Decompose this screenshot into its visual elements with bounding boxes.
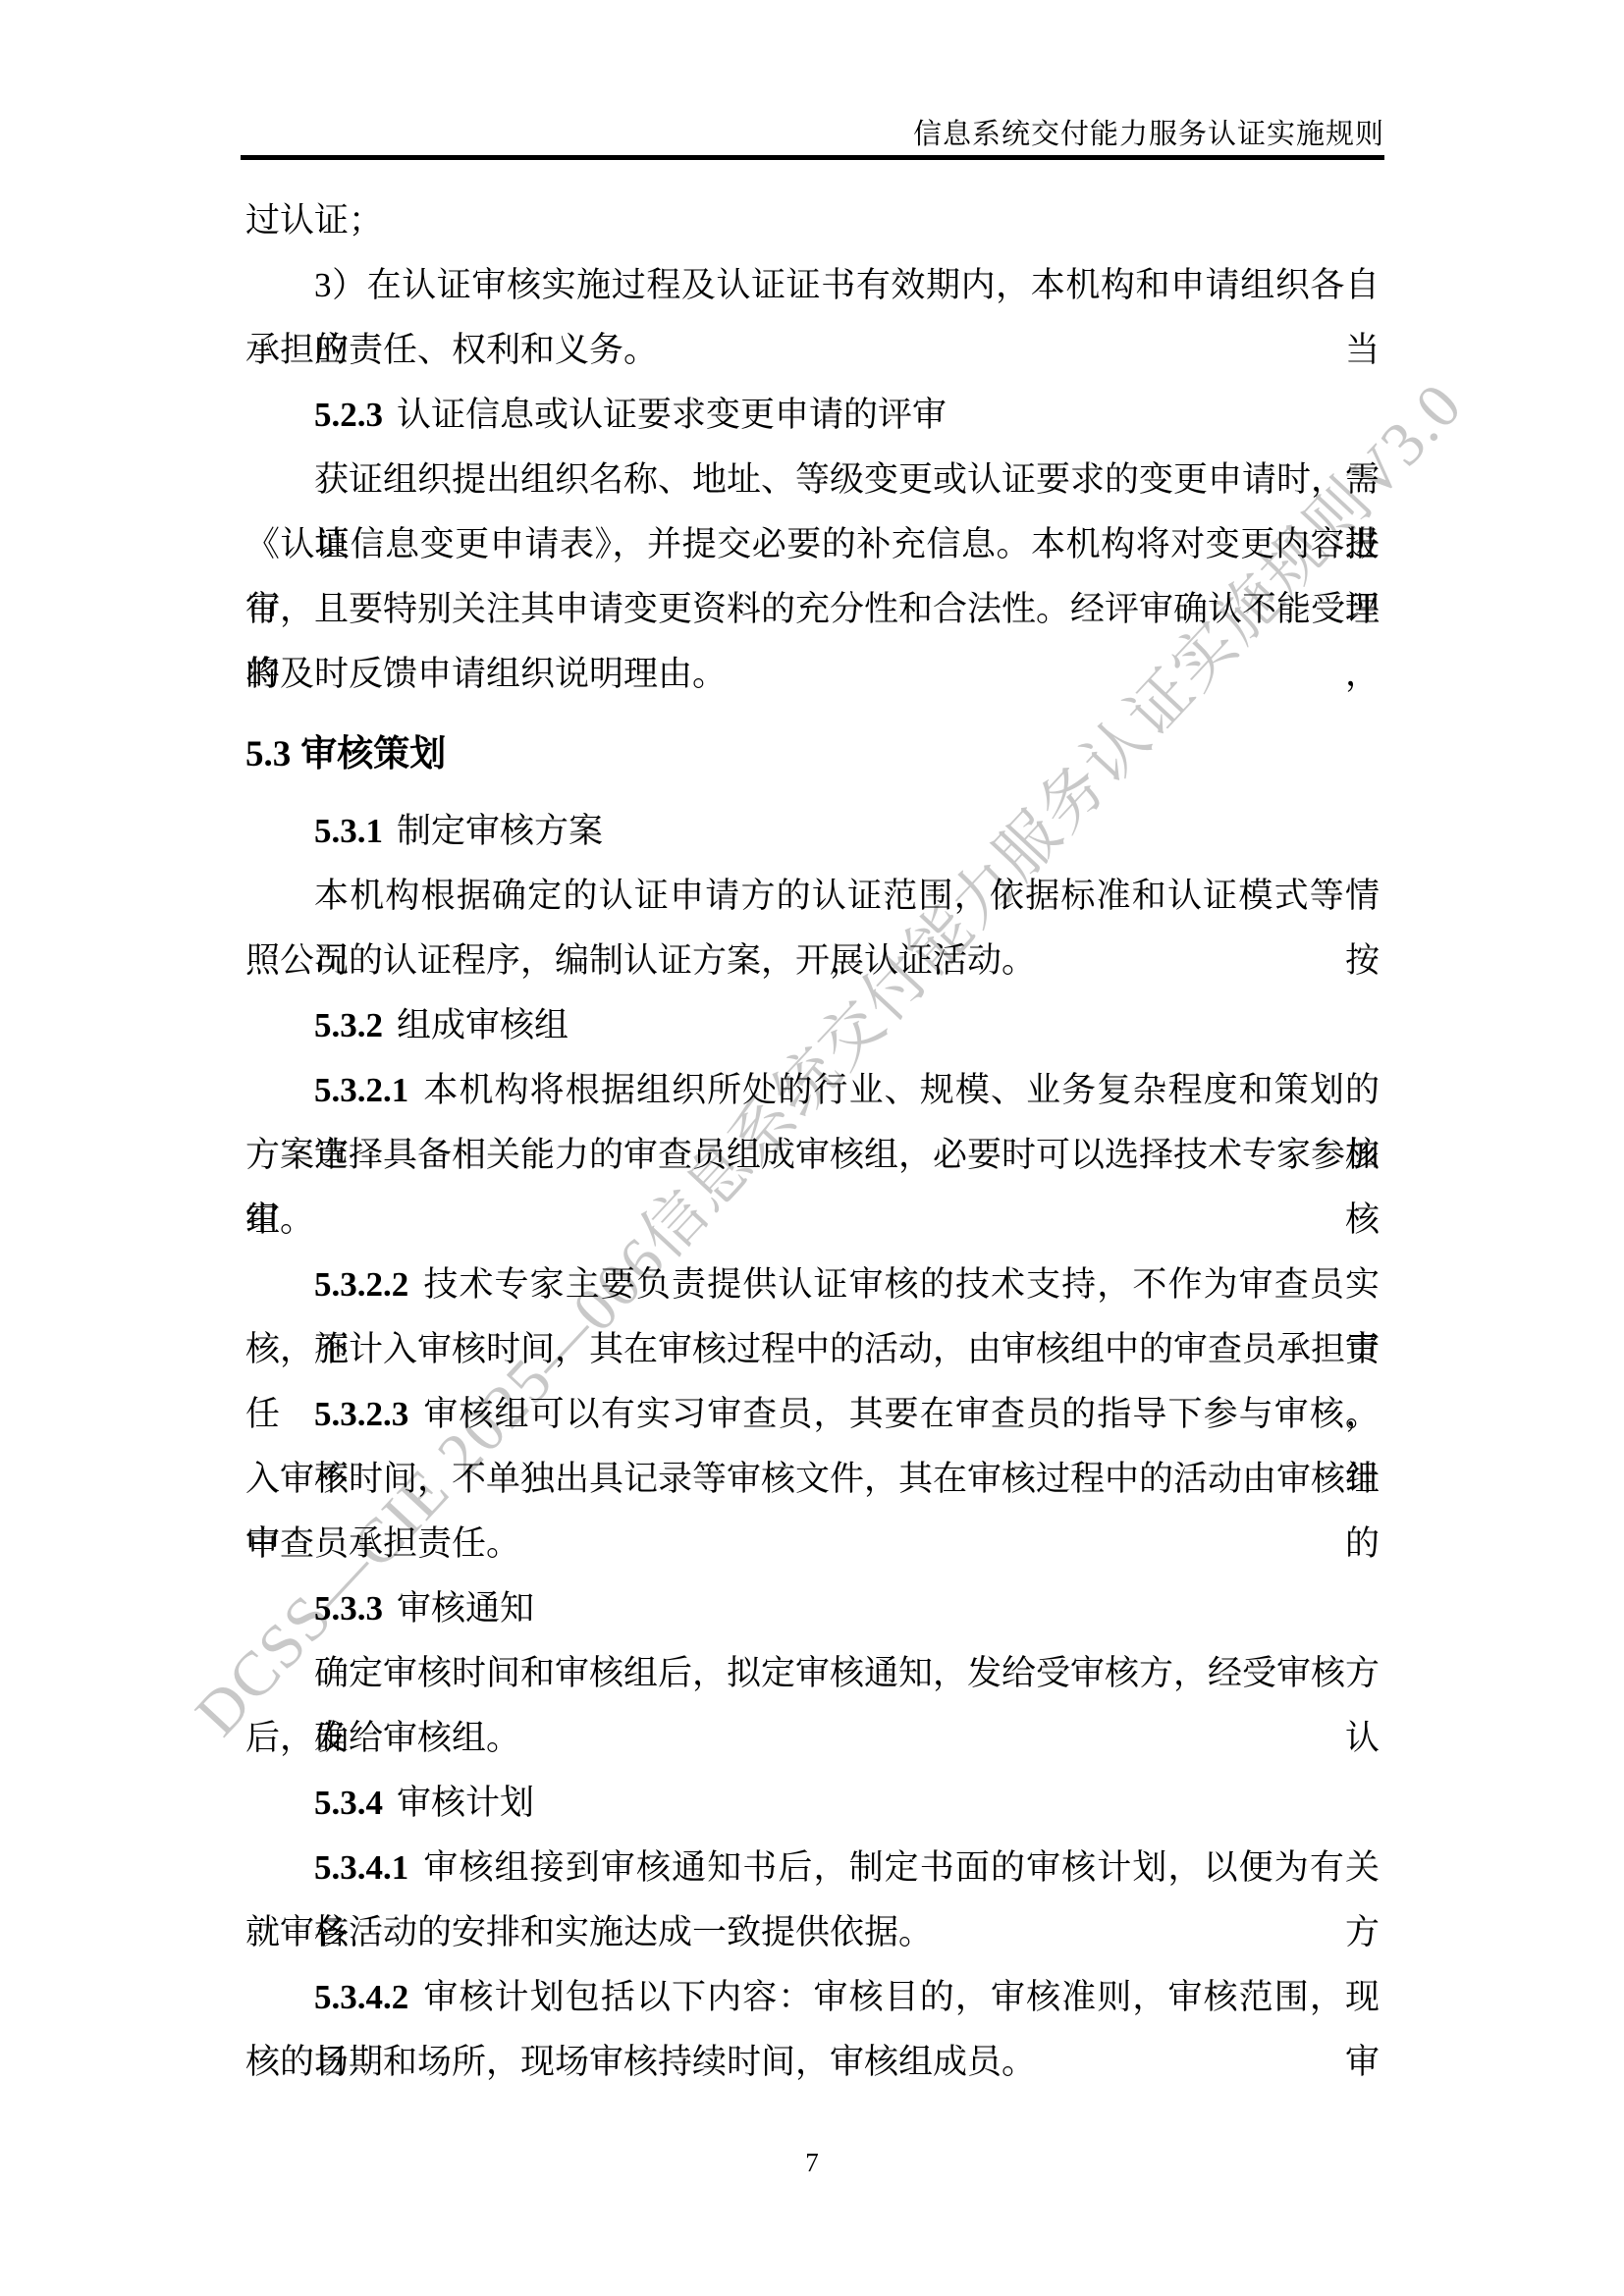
body-line: 核，不计入审核时间，其在审核过程中的活动，由审核组中的审查员承担责任。 bbox=[245, 1317, 1380, 1382]
body-line: 5.3.2.3审核组可以有实习审查员，其要在审查员的指导下参与审核，不计 bbox=[245, 1382, 1380, 1447]
clause-number: 5.3.4 bbox=[314, 1784, 383, 1822]
body-line: 5.3.2.1本机构将根据组织所处的行业、规模、业务复杂程度和策划的审核 bbox=[245, 1058, 1380, 1123]
body-line: 审，且要特别关注其申请变更资料的充分性和合法性。经评审确认不能受理的， bbox=[245, 577, 1380, 642]
line-text: 方案选择具备相关能力的审查员组成审核组，必要时可以选择技术专家参加审核 bbox=[245, 1136, 1380, 1239]
line-text: 审查员承担责任。 bbox=[245, 1524, 520, 1563]
line-text: 组。 bbox=[245, 1201, 314, 1239]
body-line: 5.3.3审核通知 bbox=[245, 1576, 1380, 1641]
document-body: 过认证；3）在认证审核实施过程及认证证书有效期内，本机构和申请组织各自应当承担的… bbox=[245, 188, 1380, 2095]
body-line: 5.3.4.2审核计划包括以下内容：审核目的，审核准则，审核范围，现场审 bbox=[245, 1965, 1380, 2030]
body-line: 《认证信息变更申请表》，并提交必要的补充信息。本机构将对变更内容进行评 bbox=[245, 512, 1380, 577]
line-text: 组成审核组 bbox=[397, 1006, 568, 1044]
header-rule bbox=[241, 155, 1384, 160]
line-text: 审核策划 bbox=[300, 734, 446, 774]
body-line: 5.2.3认证信息或认证要求变更申请的评审 bbox=[245, 383, 1380, 448]
line-text: 过认证； bbox=[245, 201, 383, 240]
line-text: 审核通知 bbox=[397, 1589, 534, 1628]
clause-number: 5.3.1 bbox=[314, 812, 383, 850]
clause-number: 5.3.2.2 bbox=[314, 1265, 408, 1304]
body-line: 3）在认证审核实施过程及认证证书有效期内，本机构和申请组织各自应当 bbox=[245, 253, 1380, 318]
body-line: 5.3.2.2技术专家主要负责提供认证审核的技术支持，不作为审查员实施审 bbox=[245, 1253, 1380, 1317]
line-text: 就审核活动的安排和实施达成一致提供依据。 bbox=[245, 1913, 933, 1951]
body-line: 获证组织提出组织名称、地址、等级变更或认证要求的变更申请时，需填报 bbox=[245, 448, 1380, 512]
body-line: 5.3.4.1审核组接到审核通知书后，制定书面的审核计划，以便为有关各方 bbox=[245, 1836, 1380, 1900]
clause-number: 5.3 bbox=[245, 734, 291, 774]
clause-number: 5.3.3 bbox=[314, 1589, 383, 1628]
line-text: 照公司的认证程序，编制认证方案，开展认证活动。 bbox=[245, 941, 1036, 980]
body-line: 本机构根据确定的认证申请方的认证范围，依据标准和认证模式等情况，按 bbox=[245, 864, 1380, 929]
page-header-title: 信息系统交付能力服务认证实施规则 bbox=[241, 116, 1384, 153]
line-text: 认证信息或认证要求变更申请的评审 bbox=[397, 396, 947, 434]
body-line: 5.3.1制定审核方案 bbox=[245, 799, 1380, 864]
body-line: 确定审核时间和审核组后，拟定审核通知，发给受审核方，经受审核方确认 bbox=[245, 1641, 1380, 1706]
line-text: 后，发给审核组。 bbox=[245, 1719, 520, 1757]
document-page: 信息系统交付能力服务认证实施规则 DCSS—CIE 2025—006信息系统交付… bbox=[0, 0, 1624, 2296]
line-text: 审核计划 bbox=[397, 1784, 534, 1822]
line-text: 将及时反馈申请组织说明理由。 bbox=[245, 655, 727, 693]
section-heading: 5.3审核策划 bbox=[245, 722, 1380, 787]
clause-number: 5.3.2.1 bbox=[314, 1071, 408, 1109]
clause-number: 5.3.2 bbox=[314, 1006, 383, 1044]
body-line: 方案选择具备相关能力的审查员组成审核组，必要时可以选择技术专家参加审核 bbox=[245, 1123, 1380, 1188]
line-text: 核的日期和场所，现场审核持续时间，审核组成员。 bbox=[245, 2043, 1036, 2081]
page-number: 7 bbox=[0, 2143, 1624, 2182]
line-text: 承担的责任、权利和义务。 bbox=[245, 331, 658, 369]
body-line: 5.3.2组成审核组 bbox=[245, 993, 1380, 1058]
line-text: 制定审核方案 bbox=[397, 812, 603, 850]
clause-number: 5.3.4.2 bbox=[314, 1978, 408, 2016]
body-line: 入审核时间，不单独出具记录等审核文件，其在审核过程中的活动由审核组中的 bbox=[245, 1447, 1380, 1512]
clause-number: 5.2.3 bbox=[314, 396, 383, 434]
clause-number: 5.3.2.3 bbox=[314, 1395, 408, 1433]
clause-number: 5.3.4.1 bbox=[314, 1848, 408, 1887]
body-line: 5.3.4审核计划 bbox=[245, 1771, 1380, 1836]
body-line: 过认证； bbox=[245, 188, 1380, 253]
